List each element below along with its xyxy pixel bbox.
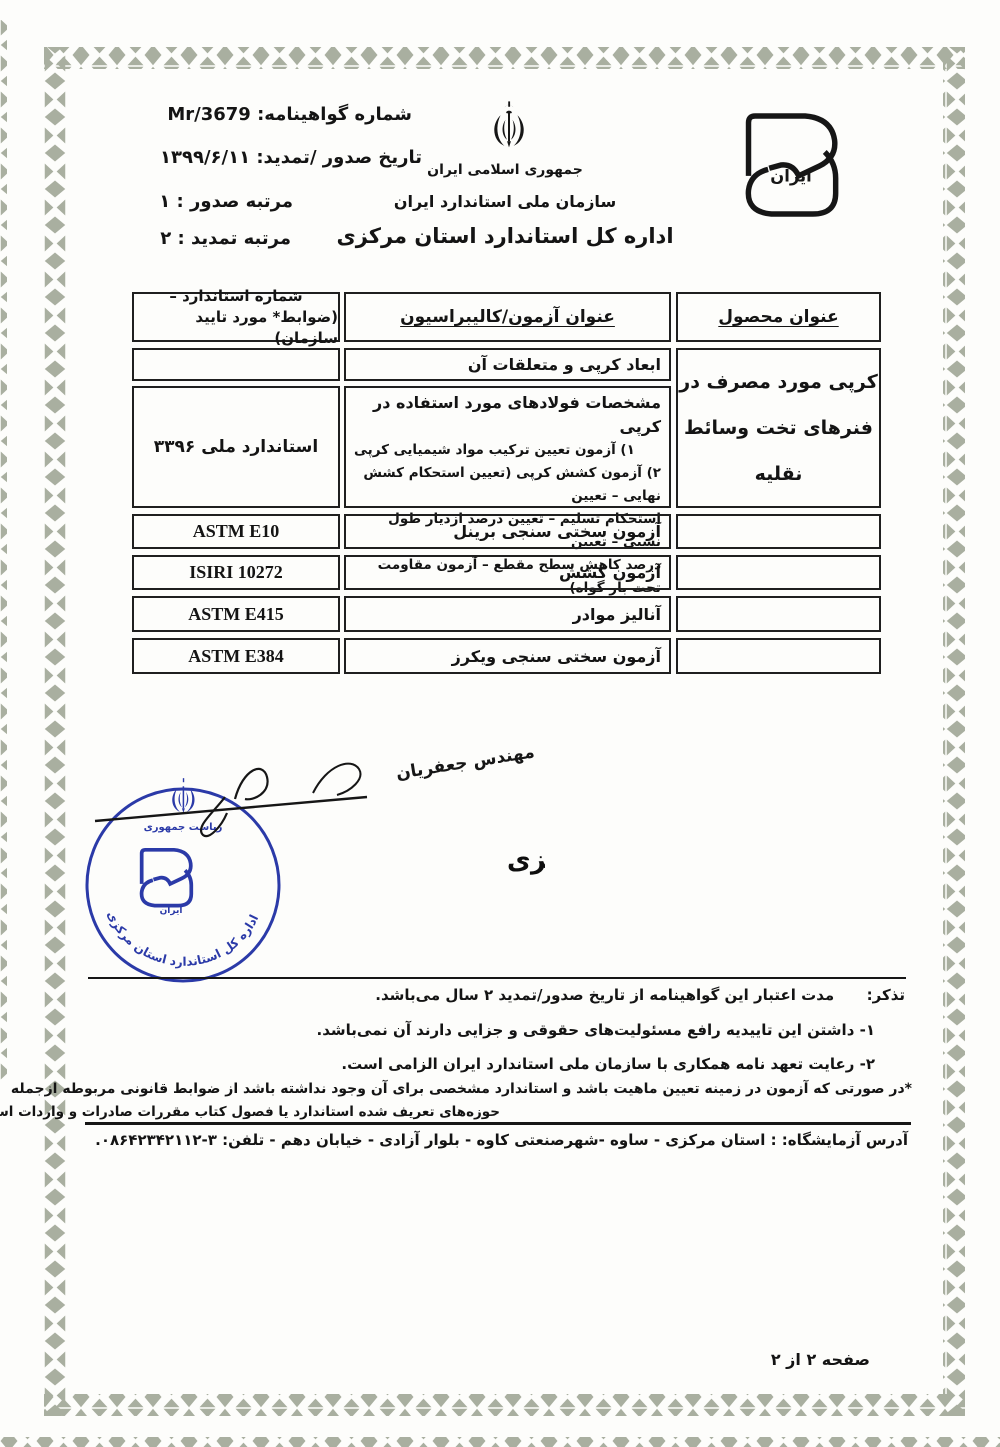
table-header-standard: شماره استاندارد – (ضوابط* مورد تایید ساز… xyxy=(132,292,340,342)
notice-label: تذکر: xyxy=(867,986,905,1004)
product-line: کرپی مورد مصرف در xyxy=(679,359,878,405)
renewal-rank: مرتبه تمدید : ۲ xyxy=(160,228,291,249)
stamp-top-text: ریاست جمهوری xyxy=(144,822,223,833)
lab-address: آدرس آزمایشگاه: : استان مرکزی - ساوه -شه… xyxy=(95,1131,908,1149)
office-title: اداره کل استاندارد استان مرکزی xyxy=(280,224,730,248)
product-cell: کرپی مورد مصرف در فنرهای تخت وسائط نقلیه xyxy=(676,348,881,508)
test-cell-row4: آزمون کشش xyxy=(344,555,671,590)
product-cell-row3 xyxy=(676,514,881,549)
notes-top-rule xyxy=(88,977,906,979)
table-header-test: عنوان آزمون/کالیبراسیون xyxy=(344,292,671,342)
organization-title: سازمان ملی استاندارد ایران xyxy=(310,192,700,211)
notice-line: تذکر: مدت اعتبار این گواهینامه از تاریخ … xyxy=(375,986,905,1004)
star-note-line2: حوزه‌های تعریف شده استاندارد یا فصول کتا… xyxy=(0,1104,500,1120)
table-header-standard-line1: شماره استاندارد – xyxy=(169,286,302,307)
product-cell-row4 xyxy=(676,555,881,590)
standard-cell-row4: ISIRI 10272 xyxy=(132,555,340,590)
office-stamp: ریاست جمهوری ایران اداره کل استاندارد اس… xyxy=(87,778,545,981)
product-line: فنرهای تخت وسائط xyxy=(684,405,873,451)
standard-row6-label: ASTM E384 xyxy=(188,646,284,667)
address-rule xyxy=(85,1122,911,1125)
standard-row2-label: استاندارد ملی ۳۳۹۶ xyxy=(154,437,318,457)
table-header-product-label: عنوان محصول xyxy=(718,307,838,327)
test-row2-line: ۲) آزمون کشش کرپی (تعیین استحکام کشش نها… xyxy=(354,462,661,508)
product-line: نقلیه xyxy=(755,451,803,497)
stamp-logo-text: ایران xyxy=(160,906,183,916)
test-cell-row6: آزمون سختی سنجی ویکرز xyxy=(344,638,671,674)
test-row1-label: ابعاد کرپی و متعلقات آن xyxy=(468,355,661,374)
certificate-page: شماره گواهینامه: Mr/3679 تاریخ صدور /تمد… xyxy=(0,0,1000,1447)
isiri-logo-text: ایران xyxy=(770,166,811,185)
signer-name: مهندس جعفریان xyxy=(395,742,536,784)
standard-cell-row6: ASTM E384 xyxy=(132,638,340,674)
certificate-number: شماره گواهینامه: Mr/3679 xyxy=(167,104,412,125)
isiri-logo-icon: ایران xyxy=(733,104,849,226)
test-cell-row1: ابعاد کرپی و متعلقات آن xyxy=(344,348,671,381)
standard-cell-row1 xyxy=(132,348,340,381)
test-cell-row5: آنالیز موادر xyxy=(344,596,671,632)
star-note-line1: *در صورتی که آزمون در زمینه تعیین ماهیت … xyxy=(11,1081,912,1097)
standard-row3-label: ASTM E10 xyxy=(193,521,280,542)
issue-rank: مرتبه صدور : ۱ xyxy=(159,191,293,212)
iran-emblem-icon xyxy=(486,98,532,160)
stamp-bottom-text: اداره کل استاندارد استان مرکزی xyxy=(104,909,261,969)
table-header-test-label: عنوان آزمون/کالیبراسیون xyxy=(400,307,615,327)
stamp-signature-block: ریاست جمهوری ایران اداره کل استاندارد اس… xyxy=(75,735,545,1003)
note-item-1: ۱- داشتن این تاییدیه رافع مسئولیت‌های حق… xyxy=(317,1021,875,1039)
standard-cell-row3: ASTM E10 xyxy=(132,514,340,549)
government-title: جمهوری اسلامی ایران xyxy=(330,162,680,178)
product-cell-row6 xyxy=(676,638,881,674)
standard-cell-row5: ASTM E415 xyxy=(132,596,340,632)
standard-row5-label: ASTM E415 xyxy=(188,604,284,625)
decorative-border-pattern xyxy=(0,0,1000,1447)
test-row3-label: آزمون سختی سنجی برینل xyxy=(453,522,661,541)
notice-text: مدت اعتبار این گواهینامه از تاریخ صدور/ت… xyxy=(375,986,834,1004)
test-row5-label: آنالیز موادر xyxy=(573,605,661,624)
test-row4-label: آزمون کشش xyxy=(559,563,661,582)
test-cell-row3: آزمون سختی سنجی برینل xyxy=(344,514,671,549)
test-row2-line: ۱) آزمون تعیین ترکیب مواد شیمیایی کرپی xyxy=(354,439,635,462)
note-item-2: ۲- رعایت تعهد نامه همکاری با سازمان ملی … xyxy=(341,1055,875,1073)
svg-text:اداره کل استاندارد استان مرکزی: اداره کل استاندارد استان مرکزی xyxy=(104,909,261,969)
test-cell-row2: مشخصات فولادهای مورد استفاده در کرپی ۱) … xyxy=(344,386,671,508)
product-cell-row5 xyxy=(676,596,881,632)
table-header-standard-line2: (ضوابط* مورد تایید سازمان) xyxy=(134,307,338,349)
standard-cell-row2: استاندارد ملی ۳۳۹۶ xyxy=(132,386,340,508)
signer-title: مدیر کل استاندارد استان مرکزی xyxy=(506,835,545,876)
test-row6-label: آزمون سختی سنجی ویکرز xyxy=(452,647,661,666)
table-header-product: عنوان محصول xyxy=(676,292,881,342)
test-row2-title: مشخصات فولادهای مورد استفاده در کرپی xyxy=(354,391,661,439)
standard-row4-label: ISIRI 10272 xyxy=(189,562,283,583)
page-number: صفحه ۲ از ۲ xyxy=(771,1350,870,1369)
